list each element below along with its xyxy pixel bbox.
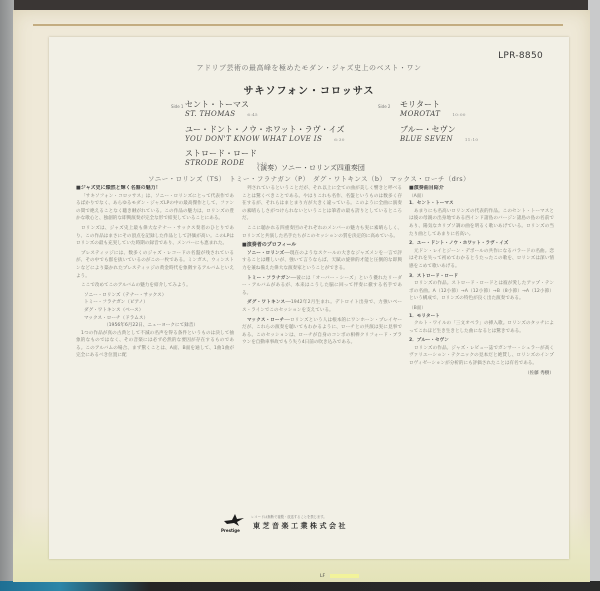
yellow-sticker	[330, 574, 359, 578]
paragraph: ロリンズは、ジャズ史上最も偉大なテナー・サックス奏者のひとりであり、この作品はま…	[76, 225, 234, 248]
personnel: ソニー・ロリンズ（TS） トミー・フラナガン（P） ダグ・ワトキンス（b） マッ…	[49, 174, 569, 183]
note-title: 3．ストロード・ロード	[409, 273, 554, 281]
track-title-en: YOU DON'T KNOW WHAT LOVE IS6:30	[185, 135, 345, 143]
sticker-label: LF	[320, 574, 325, 579]
author-signature: （佐藤 秀樹）	[409, 370, 554, 378]
paragraph: クルト・ワイルの「三文オペラ」の挿入歌。ロリンズのタッチによってこれほど生き生き…	[409, 320, 554, 335]
section-heading: ■演奏者のプロフィール	[242, 242, 402, 250]
track-time: 6:45	[247, 112, 258, 117]
logo-brand: Prestige	[221, 528, 240, 533]
paragraph: あまりにも名高いロリンズの代表的作品。このセント・トーマスとは彼の母親の出身地で…	[409, 208, 554, 238]
note-title: 1．セント・トーマス	[409, 200, 554, 208]
track-moritat: モリタート MOROTAT10:00	[400, 99, 466, 118]
track-title-jp: ユー・ドント・ノウ・ホワット・ラヴ・イズ	[185, 124, 345, 135]
section-heading: ■ジャズ史に燦然と輝く名盤の魅力！	[76, 185, 234, 193]
catalog-number: LPR-8850	[498, 51, 543, 61]
paragraph: 1つの作品が真の古典として不滅の名声を得る条件というものは決して抽象的なものでは…	[76, 330, 234, 360]
track-title-jp: モリタート	[400, 99, 466, 110]
paragraph: ロリンズの作品。ストロード・ロードとは彼が愛したアップ・テンポの名曲。A（12小…	[409, 280, 554, 303]
paragraph: ここで改めてこのアルバムの魅力を紹介してみよう。	[76, 282, 234, 290]
track-title-jp: ブルー・セヴン	[400, 124, 478, 135]
record-sleeve: LPR-8850 アドリブ芸術の最高峰を極めたモダン・ジャズ史上のベスト・ワン …	[13, 10, 590, 582]
side-b-label: （B面）	[409, 305, 554, 313]
background-bottom	[0, 581, 600, 591]
note-title: 1．モリタート	[409, 313, 554, 321]
liner-column-right: ■演奏曲目紹介 （A面） 1．セント・トーマス あまりにも名高いロリンズの代表的…	[409, 185, 554, 515]
credit-line: トミー・フラナガン（ピアノ）	[76, 299, 234, 307]
profile-watkins: ダグ・ワトキンス──1942年2月生まれ。デトロイト出身で、力強いベース・ライン…	[242, 299, 402, 314]
credit-line: マックス・ローチ（ドラムス）	[76, 315, 234, 323]
paragraph: プレスティッジには、数多くのジャズ・レコードの名盤が残されているが、その中でも群…	[76, 250, 234, 280]
paragraph: 「サキソフォン・コロッサス」は、ソニー・ロリンズにとって代表作であるばかりでなく…	[76, 193, 234, 223]
track-blue-seven: ブルー・セヴン BLUE SEVEN11:10	[400, 124, 478, 143]
track-title-en: MOROTAT10:00	[400, 110, 466, 118]
side-1-label: Side 1	[171, 104, 183, 109]
sleeve-opening-rim	[33, 24, 563, 26]
credit-line: ダグ・ワトキンス（ベース）	[76, 307, 234, 315]
tagline: アドリブ芸術の最高峰を極めたモダン・ジャズ史上のベスト・ワン	[49, 63, 569, 73]
note-title: 2．ブルー・セヴン	[409, 337, 554, 345]
profile-flanagan: トミー・フラナガン──彼には「オーバー・シーズ」という優れたリーダー・アルバムが…	[242, 275, 402, 298]
track-time: 10:00	[452, 112, 466, 117]
track-time: 11:10	[465, 137, 479, 142]
copyright-note: レコードは無断で複製・放送することを禁じます。	[251, 514, 327, 519]
liner-column-left: ■ジャズ史に燦然と輝く名盤の魅力！ 「サキソフォン・コロッサス」は、ソニー・ロリ…	[76, 185, 234, 515]
track-title-jp: ストロード・ロード	[185, 148, 267, 159]
group-name: （演奏）ソニー・ロリンズ四重奏団	[49, 163, 569, 173]
prestige-bird-logo-icon	[223, 512, 245, 528]
publisher-footer: Prestige レコードは無断で複製・放送することを禁じます。 東芝音楽工業株…	[223, 512, 523, 542]
paragraph: 元ドン・レイとジーン・デポールの共作になるバラードの名曲。恋はそれを失って初めて…	[409, 248, 554, 271]
track-title-en: ST. THOMAS6:45	[185, 110, 258, 118]
liner-notes-sheet: LPR-8850 アドリブ芸術の最高峰を極めたモダン・ジャズ史上のベスト・ワン …	[49, 37, 569, 559]
credit-line: ソニー・ロリンズ（テナー・サックス）	[76, 292, 234, 300]
album-title: サキソフォン・コロッサス	[49, 82, 569, 97]
profile-rollins: ソニー・ロリンズ──現在のようなスケールの大きなジャズメンを一言で評することは難…	[242, 250, 402, 273]
recording-info: （1956年6月22日、ニューヨークにて録音）	[76, 322, 234, 330]
track-you-dont-know: ユー・ドント・ノウ・ホワット・ラヴ・イズ YOU DON'T KNOW WHAT…	[185, 124, 345, 143]
side-a-label: （A面）	[409, 193, 554, 201]
paragraph: ロリンズの作品。ジャズ・レビュー誌でガンサー・シュラーが高くヴァリエーション・テ…	[409, 345, 554, 368]
track-st-thomas: セント・トーマス ST. THOMAS6:45	[185, 99, 258, 118]
track-title-jp: セント・トーマス	[185, 99, 258, 110]
section-heading: ■演奏曲目紹介	[409, 185, 554, 193]
paragraph: 列されているということだが、それ以上に全ての曲が美しく響きと呼べることは驚くべき…	[242, 185, 402, 223]
company-name: 東芝音楽工業株式会社	[253, 521, 348, 531]
paragraph: ここに聴かれる四重奏団のそれぞれのメンバーの魅力も実に素晴らしく、ロリンズと共演…	[242, 225, 402, 240]
side-2-label: Side 2	[378, 104, 390, 109]
background-left	[0, 0, 14, 591]
track-time: 6:30	[334, 137, 345, 142]
profile-roach: マックス・ローチ──ロリンズという人は根本的にワンホーン・プレイヤーだが、これら…	[242, 317, 402, 347]
track-title-en: BLUE SEVEN11:10	[400, 135, 478, 143]
liner-column-middle: 列されているということだが、それ以上に全ての曲が美しく響きと呼べることは驚くべき…	[242, 185, 402, 515]
note-title: 2．ユー・ドント・ノウ・ホワット・ラヴ・イズ	[409, 240, 554, 248]
